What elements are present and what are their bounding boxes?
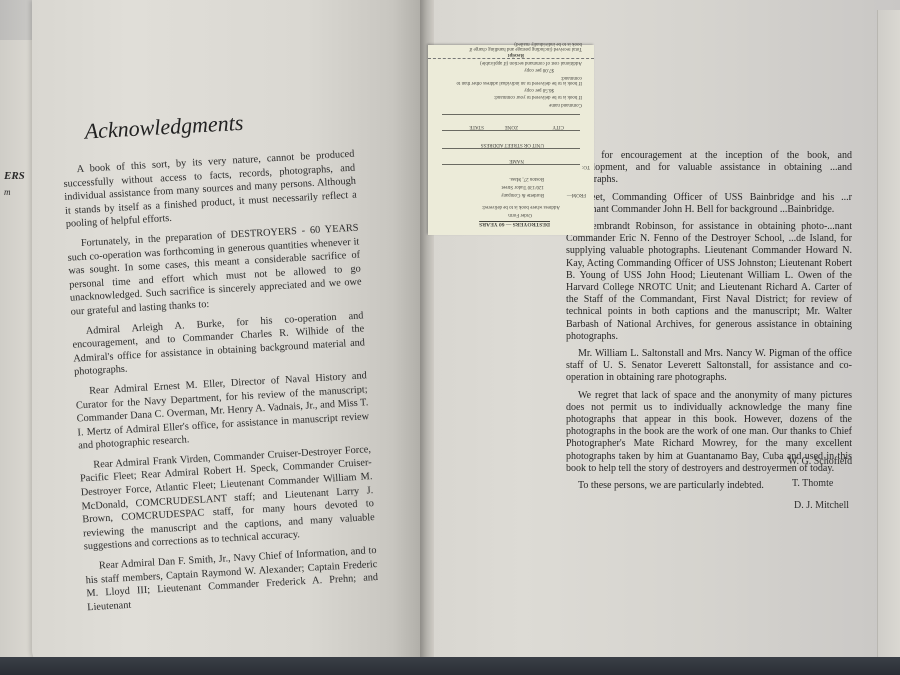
price-line: If book is to be delivered to your comma…	[494, 94, 582, 99]
from-city: Boston 27, Mass.	[509, 176, 544, 181]
field-label: NAME	[509, 158, 524, 163]
field-label: CITY	[552, 124, 564, 129]
book-cover-edge	[0, 657, 900, 675]
paragraph: ...Peet, Commanding Officer of USS Bainb…	[566, 192, 852, 216]
order-form-subtitle: Order Form	[508, 212, 532, 217]
price-amount: $7.00 per copy	[524, 67, 554, 72]
order-form-insert: DESTROYERS — 60 YEARS Order Form Address…	[428, 45, 594, 235]
price-amount: $6.50 per copy	[524, 87, 554, 92]
paragraph: Fortunately, in the preparation of DESTR…	[67, 221, 363, 319]
order-form-address-line: Address where book is to be delivered:	[482, 204, 560, 209]
paragraph: Admiral Arleigh A. Burke, for his co-ope…	[71, 309, 366, 380]
to-label: TO:	[582, 164, 590, 169]
from-name: Burdette & Company	[501, 192, 544, 197]
signature-name: D. J. Mitchell	[760, 500, 870, 511]
field-label: ZONE	[505, 124, 518, 129]
paragraph: ...Rembrandt Robinson, for assistance in…	[566, 221, 852, 343]
previous-page-heading-fragment: ERS	[4, 170, 25, 182]
from-street: 120/130 Tudor Street	[501, 184, 544, 189]
signature-name: T. Thomte	[760, 478, 870, 489]
paragraph: Mr. William L. Saltonstall and Mrs. Nanc…	[566, 348, 852, 385]
field-label: STATE	[469, 124, 484, 129]
address-field-line[interactable]	[442, 148, 580, 149]
extra-field-line[interactable]	[442, 114, 580, 115]
right-page-stack-edge	[877, 10, 900, 660]
paragraph: Rear Admiral Frank Virden, Commander Cru…	[79, 443, 376, 554]
name-field-line[interactable]	[442, 164, 580, 165]
acknowledgments-section: Acknowledgments A book of this sort, by …	[60, 104, 380, 621]
paragraph: ...man, for encouragement at the incepti…	[566, 150, 852, 187]
from-label: FROM—	[567, 192, 586, 197]
receipt-label: Receipt	[508, 52, 524, 57]
additional-cost: Additional cost of command section (if a…	[480, 60, 582, 65]
order-form-title: DESTROYERS — 60 YEARS	[479, 221, 550, 227]
paragraph: Rear Admiral Dan F. Smith, Jr., Navy Chi…	[85, 544, 380, 615]
paragraph: Rear Admiral Ernest M. Eller, Director o…	[75, 369, 370, 453]
acknowledgments-continued: ...man, for encouragement at the incepti…	[566, 150, 852, 497]
signature-name: W. G. Schofield	[760, 456, 870, 467]
field-label: UNIT OR STREET ADDRESS	[481, 142, 544, 147]
paragraph: A book of this sort, by its very nature,…	[62, 148, 357, 232]
previous-page-text-fragment: m	[4, 187, 11, 197]
price-line: If book is to be delivered to an individ…	[452, 75, 582, 85]
command-name-label: Command name	[549, 102, 582, 107]
receipt-text: Total received (including postage and ha…	[462, 41, 582, 51]
signatures: W. G. Schofield T. Thomte D. J. Mitchell	[760, 456, 870, 522]
perforation-line	[428, 58, 594, 59]
city-field-line[interactable]	[442, 130, 580, 131]
